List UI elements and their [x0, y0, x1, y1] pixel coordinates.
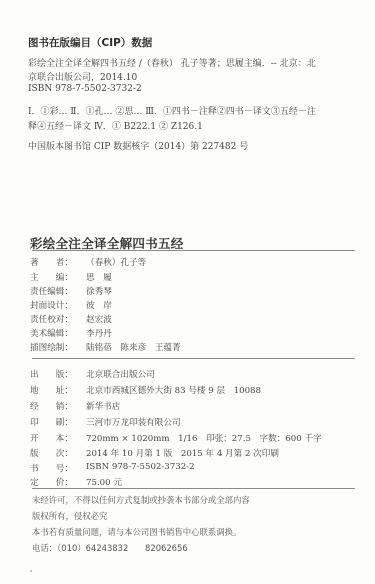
credit-value: 彼 岸: [86, 299, 112, 311]
publishing-label: 版 次：: [30, 447, 86, 459]
publishing-row: 出 版： 北京联合出版公司: [30, 368, 155, 380]
credit-value: 李丹丹: [86, 327, 112, 339]
cip-line: 释④五经－译文 Ⅳ．① B222.1 ② Z126.1: [28, 119, 203, 132]
publishing-label: 地 址：: [30, 384, 86, 396]
publishing-value: 720mm × 1020mm 1/16 印张：27.5 字数：600 千字: [86, 432, 322, 444]
phone-notice: 电话：（010）64243832 82062656: [32, 542, 188, 554]
publishing-value: 新华书店: [86, 400, 120, 412]
publishing-value: ISBN 978-7-5502-3732-2: [86, 462, 195, 474]
credit-value: 赵宏波: [86, 313, 112, 325]
credit-label: 责任编辑：: [30, 285, 86, 297]
quality-notice: 本书若有质量问题，请与本公司图书销售中心联系调换。: [32, 526, 241, 538]
publishing-row: 书 号： ISBN 978-7-5502-3732-2: [30, 462, 195, 474]
credit-label: 主 编：: [30, 271, 86, 283]
publishing-value: 北京市西城区德外大街 83 号楼 9 层 10088: [86, 384, 261, 396]
publishing-row: 版 次： 2014 年 10 月第 1 版 2015 年 4 月第 2 次印刷: [30, 447, 279, 459]
credit-label: 著 者：: [30, 256, 86, 268]
publishing-label: 经 销：: [30, 400, 86, 412]
cip-line: 中国版本图书馆 CIP 数据核字（2014）第 227482 号: [28, 139, 248, 152]
credit-label: 插图绘制：: [30, 341, 86, 353]
publishing-row: 定 价： 75.00 元: [30, 476, 122, 488]
publishing-value: 三河市万龙印装有限公司: [86, 416, 181, 428]
publishing-label: 出 版：: [30, 368, 86, 380]
publishing-value: 75.00 元: [86, 476, 122, 488]
credit-value: 思 履: [86, 271, 112, 283]
publishing-label: 书 号：: [30, 462, 86, 474]
divider: [32, 358, 355, 359]
credit-row: 封面设计： 彼 岸: [30, 299, 112, 311]
credit-value: 陆铭蓓 陈来彦 王蕴菁: [86, 341, 181, 353]
rights-notice: 版权所有，侵权必究: [32, 510, 107, 522]
cip-line: Ⅰ．①彩… Ⅱ．①孔… ②思… Ⅲ．①四书－注释②四书－译文③五经－注: [28, 104, 316, 117]
publishing-row: 印 刷： 三河市万龙印装有限公司: [30, 416, 181, 428]
divider: [32, 488, 355, 489]
credit-row: 责任校对： 赵宏波: [30, 313, 112, 325]
credit-label: 封面设计：: [30, 299, 86, 311]
cip-line: ISBN 978-7-5502-3732-2: [28, 84, 142, 94]
publishing-label: 定 价：: [30, 476, 86, 488]
publishing-row: 经 销： 新华书店: [30, 400, 120, 412]
credit-value: 徐秀琴: [86, 285, 112, 297]
publishing-value: 2014 年 10 月第 1 版 2015 年 4 月第 2 次印刷: [86, 447, 279, 459]
cip-line: 京联合出版公司，2014.10: [28, 70, 137, 83]
publishing-row: 开 本： 720mm × 1020mm 1/16 印张：27.5 字数：600 …: [30, 432, 322, 444]
page-speck: [30, 570, 32, 572]
credit-label: 美术编辑：: [30, 327, 86, 339]
credit-row: 美术编辑： 李丹丹: [30, 327, 112, 339]
publishing-value: 北京联合出版公司: [86, 368, 155, 380]
credit-row: 插图绘制： 陆铭蓓 陈来彦 王蕴菁: [30, 341, 181, 353]
copyright-notice: 未经许可，不得以任何方式复制或抄袭本书部分或全部内容: [32, 494, 250, 506]
credit-label: 责任校对：: [30, 313, 86, 325]
credit-row: 责任编辑： 徐秀琴: [30, 285, 112, 297]
publishing-label: 开 本：: [30, 432, 86, 444]
cip-heading: 图书在版编目（CIP）数据: [28, 35, 152, 50]
cip-line: 彩绘全注全译全解四书五经 /（春秋） 孔子等著；思履主编．-- 北京：北: [28, 56, 316, 69]
publishing-label: 印 刷：: [30, 416, 86, 428]
publishing-row: 地 址： 北京市西城区德外大街 83 号楼 9 层 10088: [30, 384, 261, 396]
credit-value: （春秋）孔子等: [86, 256, 146, 268]
credit-row: 主 编： 思 履: [30, 271, 112, 283]
credit-row: 著 者： （春秋）孔子等: [30, 256, 146, 268]
divider: [32, 250, 355, 251]
